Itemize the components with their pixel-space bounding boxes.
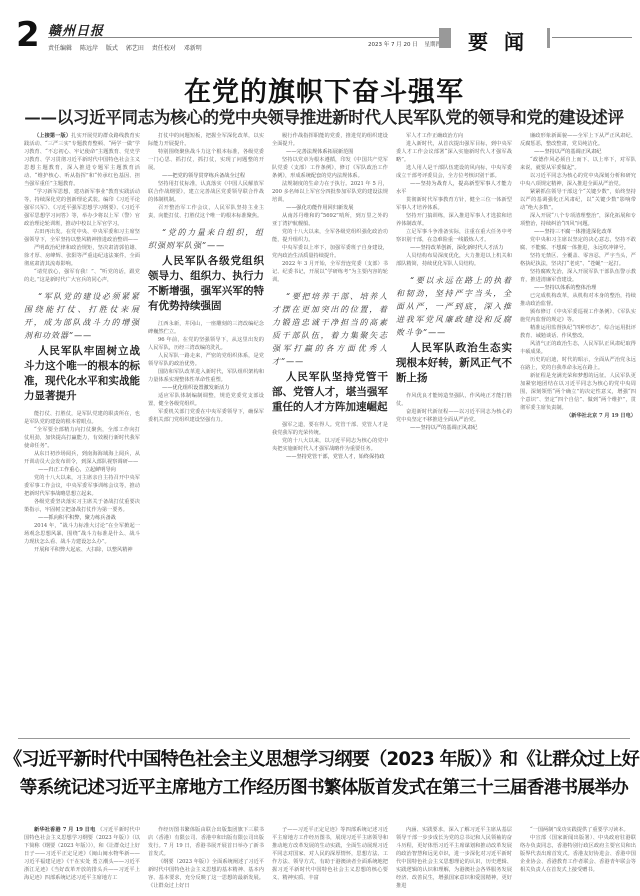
masthead-rule: [48, 37, 440, 38]
paragraph: 作经历图书繁体版由联合出版集团旗下三联书店（香港）有限公司、香港中和出版有限公司…: [148, 826, 264, 858]
paragraph: 古田再出发。在党中央、中央军委和习主席坚强领导下，全军坚持以整风精神推进政治整训…: [24, 228, 140, 244]
secondary-column-4: 内涵、实践要求，深入了解习近平主席从基层领导干部一步步成长为党的总书记和人民领袖…: [396, 826, 512, 896]
paragraph: “请党放心，强军有我！”、“听党的话，跟党的走。”这是新时代广大官兵的同心声，: [24, 268, 140, 284]
paragraph: 开展和平积弊大起底、大扫除，以整风精神: [24, 546, 140, 554]
paragraph: 颁布修订《中央军委巡视工作条例》、《军队实施党内监督的规定》等。: [520, 308, 636, 324]
paragraph: 扎实开展党的群众路线教育实践活动、“三严三实”专题教育整顿、“两学一做”学习教育…: [24, 133, 140, 187]
paragraph: 贯彻新时代军事教育方针，健全三位一体新型军事人才培养体系。: [396, 196, 512, 212]
article-column-4: 军人才工作正确政治方向 进入新时代，从首次提出强军目标，到中央军委人才工作会议部…: [396, 132, 512, 722]
paragraph: 精准运用监督执纪“四种形态”，综合运用批评教育、诫勉谈话、作风整改。: [520, 324, 636, 340]
section-title: 要闻: [468, 26, 540, 55]
paragraph-heading: ——坚持以体系的整体治理: [520, 284, 636, 292]
article-column-2: 打仗中的问题短板，把握全军深化改革，以实际能力开展提升。 特别围绕聚焦战斗力这个…: [148, 132, 264, 722]
paragraph-heading: ——坚持以严的基调正风肃纪: [396, 424, 512, 432]
paragraph: 从东日初沙场阅兵，到南海海域海上阅兵，从开训动员大会发布训令，到深入部队视察调研…: [24, 450, 140, 466]
paragraph: 法规制度的生命力在于执行。2021 年 5 月，200 多名师以上军官分四批参加…: [272, 180, 388, 204]
paragraph: 党中央和习主席以坚定的决心意志，坚持不敢腐、不能腐、不想腐一体推进，永远吹冲锋号…: [520, 236, 636, 252]
paragraph: 党的十八大以来，习主席亲自主持召开中央军委军事工作会议，中央军委军事训练会议等，…: [24, 474, 140, 498]
paragraph: 军委机关部门党委在中央军委领导下，确保军委机关部门党组织建设坚强有力。: [148, 408, 264, 424]
date-text: 2023 年 7 月 20 日: [368, 42, 418, 48]
paragraph-heading: ——坚持以严的基调正风肃纪: [520, 148, 636, 156]
paragraph: 打仗中的问题短板，把握全军深化改革，以实际能力开展提升。: [148, 132, 264, 148]
paragraph: 2014 年，“战斗力标准大讨论”在全军掀起一场观念思想风暴，围绕“战斗力标准是…: [24, 522, 140, 546]
section-subheading: 人民军队牢固树立战斗力这个唯一的根本的标准，现代化水平和实战能力显著提升: [24, 344, 140, 404]
paragraph: 严明政治纪律和政治规矩，坚决肃清郭伯雄、徐才厚、房峰辉、张阳等严重违纪违法案件，…: [24, 244, 140, 268]
paragraph: 召开整治军工作会议，人民军队坚持主业主责，向能打仗、打胜仗这个唯一的根本标准聚焦…: [148, 204, 264, 220]
paragraph: 军人才工作正确政治方向: [396, 132, 512, 140]
paragraph-heading: ——归正工作重心，立起鲜明导向: [24, 466, 140, 474]
paragraph: 风清气正的政治生态，人民军队正风肃纪取得丰硕成果。: [520, 340, 636, 356]
paragraph: 坚持腐败先治，深入开展军队干部队伍警示教育，推进清廉军营建设。: [520, 268, 636, 284]
secondary-column-5: “一国两制”成功实践提供了重要学习读本。 中宣部（国家新闻出版署）、中央政府驻港…: [520, 826, 636, 896]
section-subheading: 人民军队政治生态实现根本好转，新风正气不断上扬: [396, 341, 512, 386]
paragraph: 人员结构布局深度优化，大力推进以上机关和部队精简，持续优化军队人员结构。: [396, 252, 512, 268]
paragraph: 坚持以党章为根本遵循，印发《中国共产党军队党委（支部）工作条例》，修订《军队政治…: [272, 156, 388, 180]
dateline: 新华社香港 7 月 19 日电: [34, 827, 96, 833]
paragraph: 党的十八大以来，以习近平同志为核心的党中央把实施新时代人才强军战略作为重要任务。: [272, 437, 388, 453]
paragraph: 紧紧抓住领导干部这个“关键少数”，始终坚持以严的基调强化正风肃纪，以“关键少数”…: [520, 188, 636, 212]
paragraph-heading: ——坚持为战育人，提高新型军事人才能力水平: [396, 180, 512, 196]
paragraph-heading: ——坚持改革创新，深化新时代人才活力: [396, 244, 512, 252]
paragraph: 奋进新时代新征程——以习近平同志为核心的党中央坚定不移推进全面从严治党。: [396, 408, 512, 424]
secondary-column-3: 子——习近平正定足迹》等四部系统记述习近平主席地方工作经历图书，展现习近平主席领…: [272, 826, 388, 896]
paragraph: 坚持无禁区、全覆盖、零容忍，严字当头，严格执纪执法，坚决打“老虎”、“苍蝇”一起…: [520, 252, 636, 268]
paragraph: 坚持用打仗标准，认真落实《中国人民解放军联合作战纲要》，建立完善战区党委领导联合…: [148, 180, 264, 204]
continuation-tag: （上接第一版）: [34, 133, 71, 139]
issue-date: 2023 年 7 月 20 日 星期四: [368, 40, 446, 48]
section-marker-right: [547, 28, 550, 48]
paragraph: 国防和军队改革进入新时代，军队组织架构和力量体系实现整体性革命性重塑。: [148, 368, 264, 384]
paragraph: 从南苏丹维和的“5692”哨所，到万里之外的亚丁湾护航舰船。: [272, 212, 388, 228]
paragraph-heading: ——把党的领导贯穿练兵备战全过程: [148, 172, 264, 180]
paragraph: 2022 年 3 月开始，全军营连党委（支部）书记、纪委书记，开展以“学研练考”…: [272, 260, 388, 284]
main-subheadline: ——以习近平同志为核心的党中央领导推进新时代人民军队党的领导和党的建设述评: [4, 104, 640, 128]
article-column-3: 履行作战指挥职能的党委，推进党的组织建设全面提升。 ——完善法规体系拓展新范围 …: [272, 132, 388, 722]
article-column-1: （上接第一版）扎实开展党的群众路线教育实践活动、“三严三实”专题教育整顿、“两学…: [24, 132, 140, 722]
paragraph: 作风优良才能铸造坚强队，作风纯正才能打胜仗。: [396, 392, 512, 408]
section-quote: “要把培养干部、培养人才摆在更加突出的位置，着力锻造忠诚干净担当的高素质干部队伍…: [272, 290, 388, 368]
paragraph: 特别围绕聚焦战斗力这个根本标准，各级党委一门心思、抓打仗，抓打仗，实现了问题整的…: [148, 148, 264, 172]
paragraph-heading: ——坚持党管干部，党管人才，始终保持政: [272, 453, 388, 461]
paragraph: 已完成机构改革，从机构对本身的整治，持续推动政治监督。: [520, 292, 636, 308]
newspaper-page: 2 赣州日报 责任编辑 陈远岸 版式 郭艺田 责任校对 邓新明 2023 年 7…: [4, 4, 634, 892]
secondary-column-1: 新华社香港 7 月 19 日电 《习近平新时代中国特色社会主义思想学习纲要（20…: [24, 826, 140, 896]
paragraph-heading: ——优化组织设置激发新活力: [148, 384, 264, 392]
paragraph: 能打仗、打胜仗，是军队党建的职责所在，也是军队党的建设的根本着眼点。: [24, 410, 140, 426]
paragraph: 中央军委以上率下，加强军委班子自身建设，党内政治生活质量持续提升。: [272, 244, 388, 260]
layout-label: 版式: [106, 45, 118, 52]
section-marker-left: [439, 28, 451, 48]
paragraph: 深入开展“八个专项清理整治”，深化拓展和专项整治，持续纠治“四风”问题。: [520, 212, 636, 228]
paragraph: “政德作风必须自上而下、以上率下，对军队来说，就要从军委做起”。: [520, 156, 636, 172]
paragraph: 人民军队一路走来，严密的党组织体系，是党领导军队的政治优势。: [148, 352, 264, 368]
paragraph: 各级党委坚决落实习主席关于备战打仗重要决策指示，牢固树立把备战打仗作为第一要务。: [24, 498, 140, 514]
paragraph: 廉政形象新面貌——全军上下从严正风肃纪、反腐惩恶，整改整肃，党员纯洁化。: [520, 132, 636, 148]
paragraph: 江西永新，井冈山，一座雕刻的三湾改编纪念碑巍然伫立。: [148, 320, 264, 336]
paragraph: 96 年前，在党的坚强领导下，从这里出发的人民军队，历经三湾改编的洗礼。: [148, 336, 264, 352]
paragraph: 《习近平新时代中国特色社会主义思想学习纲要（2023 年版）》（以下简称《纲要（…: [24, 827, 140, 881]
paragraph: 进入新时代，从首次提出强军目标，到中央军委人才工作会议部署“深入实施新时代人才强…: [396, 140, 512, 164]
editor-name: 陈远岸: [80, 45, 98, 52]
section-quote: “军队党的建设必须紧紧围绕能打仗、打胜仗来展开，成为部队战斗力的增强剂和功效器”…: [24, 290, 140, 342]
paragraph-heading: ——抓向积平积弊，聚力练兵备战: [24, 514, 140, 522]
paragraph: 子——习近平正定足迹》等四部系统记述习近平主席地方工作经历图书，展现习近平主席领…: [272, 826, 388, 882]
paragraph: 坚持开门搞训练，深入推进军事人才选拔和培养体制改革。: [396, 212, 512, 228]
proofreader-label: 责任校对: [152, 45, 176, 52]
paragraph: 立足军事斗争准备实际，注重在重大任务中考察识别干部，在急难险重一线锻炼人才。: [396, 228, 512, 244]
page-number: 2: [16, 18, 38, 52]
paragraph: 《纲要（2023 年版）》全面系统阐述了习近平新时代中国特色社会主义思想的基本精…: [148, 858, 264, 890]
paragraph-heading: ——坚持三不腐一体推进深化改革: [520, 228, 636, 236]
section-subheading: 人民军队各级党组织领导力、组织力、执行力不断增强，强军兴军的特有优势持续强固: [148, 254, 264, 314]
section-quote: “党的力量来自组织，组织强则军队强”——: [148, 226, 264, 252]
paragraph: 强军之道，要在得人。党管干部、党管人才是我党我军的光荣传统。: [272, 421, 388, 437]
paragraph: 历史的启迪，时代的昭示，全面从严治党永远在路上，党的自我革命永远在路上。: [520, 356, 636, 372]
section-quote: “要以永远在路上的执着和韧劲，坚持严字当头，全面从严，一严到底，深入推进我军党风…: [396, 274, 512, 339]
paragraph: 履行作战指挥职能的党委，推进党的组织建设全面提升。: [272, 132, 388, 148]
paragraph: 内涵、实践要求，深入了解习近平主席从基层领导干部一步步成长为党的总书记和人民领袖…: [396, 826, 512, 890]
paragraph: 中宣部（国家新闻出版署）、中央政府驻港联络办负责同志，香港特别行政区政府主要官员…: [520, 834, 636, 874]
dateline-credit: （新华社北京 7 月 19 日电）: [520, 412, 636, 420]
paragraph: 选人用人是干部队伍建设的风向标，中央军委成立干部考评委员会，全方位考核识别干部。: [396, 164, 512, 180]
paragraph-heading: ——完善法规体系拓展新范围: [272, 148, 388, 156]
article-body: （上接第一版）扎实开展党的群众路线教育实践活动、“三严三实”专题教育整顿、“两学…: [24, 132, 636, 722]
editor-credits: 责任编辑 陈远岸 版式 郭艺田 责任校对 邓新明: [48, 43, 208, 52]
paragraph: 党的十八大以来，全军各级党组织强化政治功能，提升组织力。: [272, 228, 388, 244]
paragraph: “学习新军思想，建功新军事业”教育实践活动等，持续深化党的创新理论武装。编印《习…: [24, 188, 140, 228]
article-divider: [18, 738, 630, 739]
paragraph-heading: ——强化功能作用回归新发展: [272, 204, 388, 212]
secondary-subheadline: 等系统记述习近平主席地方工作经历图书繁体版首发式在第三十三届香港书展举办: [4, 774, 640, 799]
editor-label: 责任编辑: [48, 45, 72, 52]
paragraph: “一国两制”成功实践提供了重要学习读本。: [520, 826, 636, 834]
paragraph: 以习近平同志为核心的党中央深刻分析和研究中央八项规定精神，深入推进全面从严治党。: [520, 172, 636, 188]
masthead-rule-right: [552, 37, 632, 38]
section-subheading: 人民军队坚持党管干部、党管人才，堪当强军重任的人才方阵加速崛起: [272, 370, 388, 415]
layout-name: 郭艺田: [126, 45, 144, 52]
secondary-headline: 《习近平新时代中国特色社会主义思想学习纲要（2023 年版）》和《让群众过上好日…: [4, 745, 640, 771]
secondary-article-body: 新华社香港 7 月 19 日电 《习近平新时代中国特色社会主义思想学习纲要（20…: [24, 826, 636, 896]
article-column-5: 廉政形象新面貌——全军上下从严正风肃纪、反腐惩恶，整改整肃，党员纯洁化。 ——坚…: [520, 132, 636, 722]
paragraph: 新征程是充满光荣和梦想的远征。人民军队更加紧密地团结在以习近平同志为核心的党中央…: [520, 372, 636, 412]
paragraph: 适应军队体制编制调整，规范党委党支部设置，健全各级党组织。: [148, 392, 264, 408]
paragraph: “全军要全部精力向打仗聚焦，全部工作向打仗用劲，加快提高打赢能力，有效履行新时代…: [24, 426, 140, 450]
proofreader-name: 邓新明: [184, 45, 202, 52]
secondary-column-2: 作经历图书繁体版由联合出版集团旗下三联书店（香港）有限公司、香港中和出版有限公司…: [148, 826, 264, 896]
